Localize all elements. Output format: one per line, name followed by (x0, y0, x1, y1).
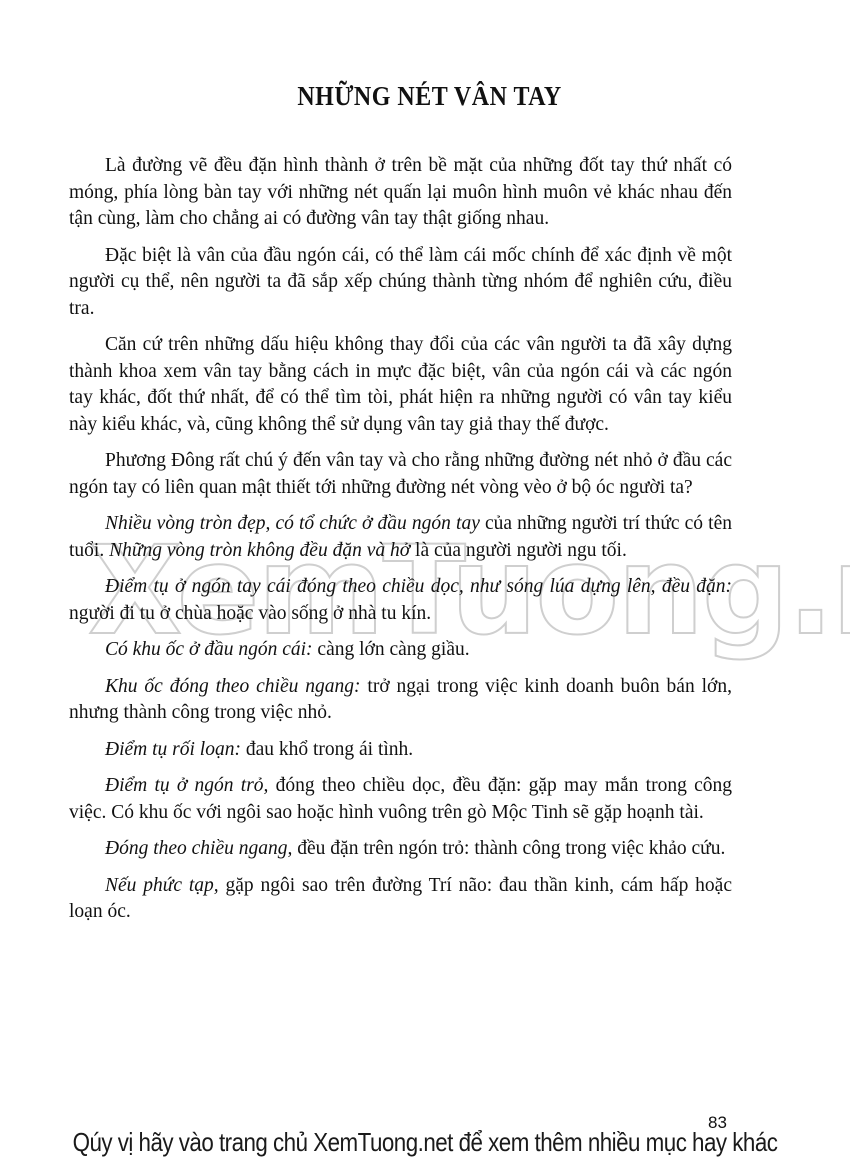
paragraph-text: người đi tu ở chùa hoặc vào sống ở nhà t… (69, 603, 431, 624)
italic-phrase: Đóng theo chiều ngang, (105, 838, 292, 859)
paragraph-1: Là đường vẽ đều đặn hình thành ở trên bề… (69, 153, 732, 233)
paragraph-text: đau khổ trong ái tình. (241, 739, 413, 760)
paragraph-5: Nhiều vòng tròn đẹp, có tổ chức ở đầu ng… (69, 511, 732, 564)
italic-phrase: Điểm tụ ở ngón tay cái đóng theo chiều d… (105, 576, 732, 597)
paragraph-text: Là đường vẽ đều đặn hình thành ở trên bề… (69, 155, 732, 229)
paragraph-11: Đóng theo chiều ngang, đều đặn trên ngón… (69, 836, 732, 863)
italic-phrase: Điểm tụ ở ngón trỏ, (105, 775, 268, 796)
italic-phrase: Có khu ốc ở đầu ngón cái: (105, 639, 313, 660)
paragraph-7: Có khu ốc ở đầu ngón cái: càng lớn càng … (69, 637, 732, 664)
italic-phrase: Điểm tụ rối loạn: (105, 739, 241, 760)
paragraph-2: Đặc biệt là vân của đầu ngón cái, có thể… (69, 243, 732, 323)
paragraph-text: Đặc biệt là vân của đầu ngón cái, có thể… (69, 245, 732, 319)
paragraph-9: Điểm tụ rối loạn: đau khổ trong ái tình. (69, 737, 732, 764)
paragraph-12: Nếu phức tạp, gặp ngôi sao trên đường Tr… (69, 873, 732, 926)
italic-phrase: Nhiều vòng tròn đẹp, có tổ chức ở đầu ng… (105, 513, 480, 534)
paragraph-text: Căn cứ trên những dấu hiệu không thay đổ… (69, 334, 732, 435)
paragraph-text: là của người người ngu tối. (410, 540, 627, 561)
page-body: Là đường vẽ đều đặn hình thành ở trên bề… (69, 153, 732, 936)
paragraph-6: Điểm tụ ở ngón tay cái đóng theo chiều d… (69, 574, 732, 627)
paragraph-4: Phương Đông rất chú ý đến vân tay và cho… (69, 448, 732, 501)
paragraph-10: Điểm tụ ở ngón trỏ, đóng theo chiều dọc,… (69, 773, 732, 826)
paragraph-8: Khu ốc đóng theo chiều ngang: trở ngại t… (69, 674, 732, 727)
paragraph-text: càng lớn càng giầu. (313, 639, 470, 660)
paragraph-text: Phương Đông rất chú ý đến vân tay và cho… (69, 450, 732, 498)
page-title: NHỮNG NÉT VÂN TAY (69, 82, 732, 113)
paragraph-3: Căn cứ trên những dấu hiệu không thay đổ… (69, 332, 732, 438)
paragraph-text: đều đặn trên ngón trỏ: thành công trong … (292, 838, 725, 859)
italic-phrase: Những vòng tròn không đều đặn và hở (109, 540, 410, 561)
italic-phrase: Nếu phức tạp, (105, 875, 219, 896)
italic-phrase: Khu ốc đóng theo chiều ngang: (105, 676, 361, 697)
footer-banner: Qúy vị hãy vào trang chủ XemTuong.net để… (60, 1127, 791, 1158)
